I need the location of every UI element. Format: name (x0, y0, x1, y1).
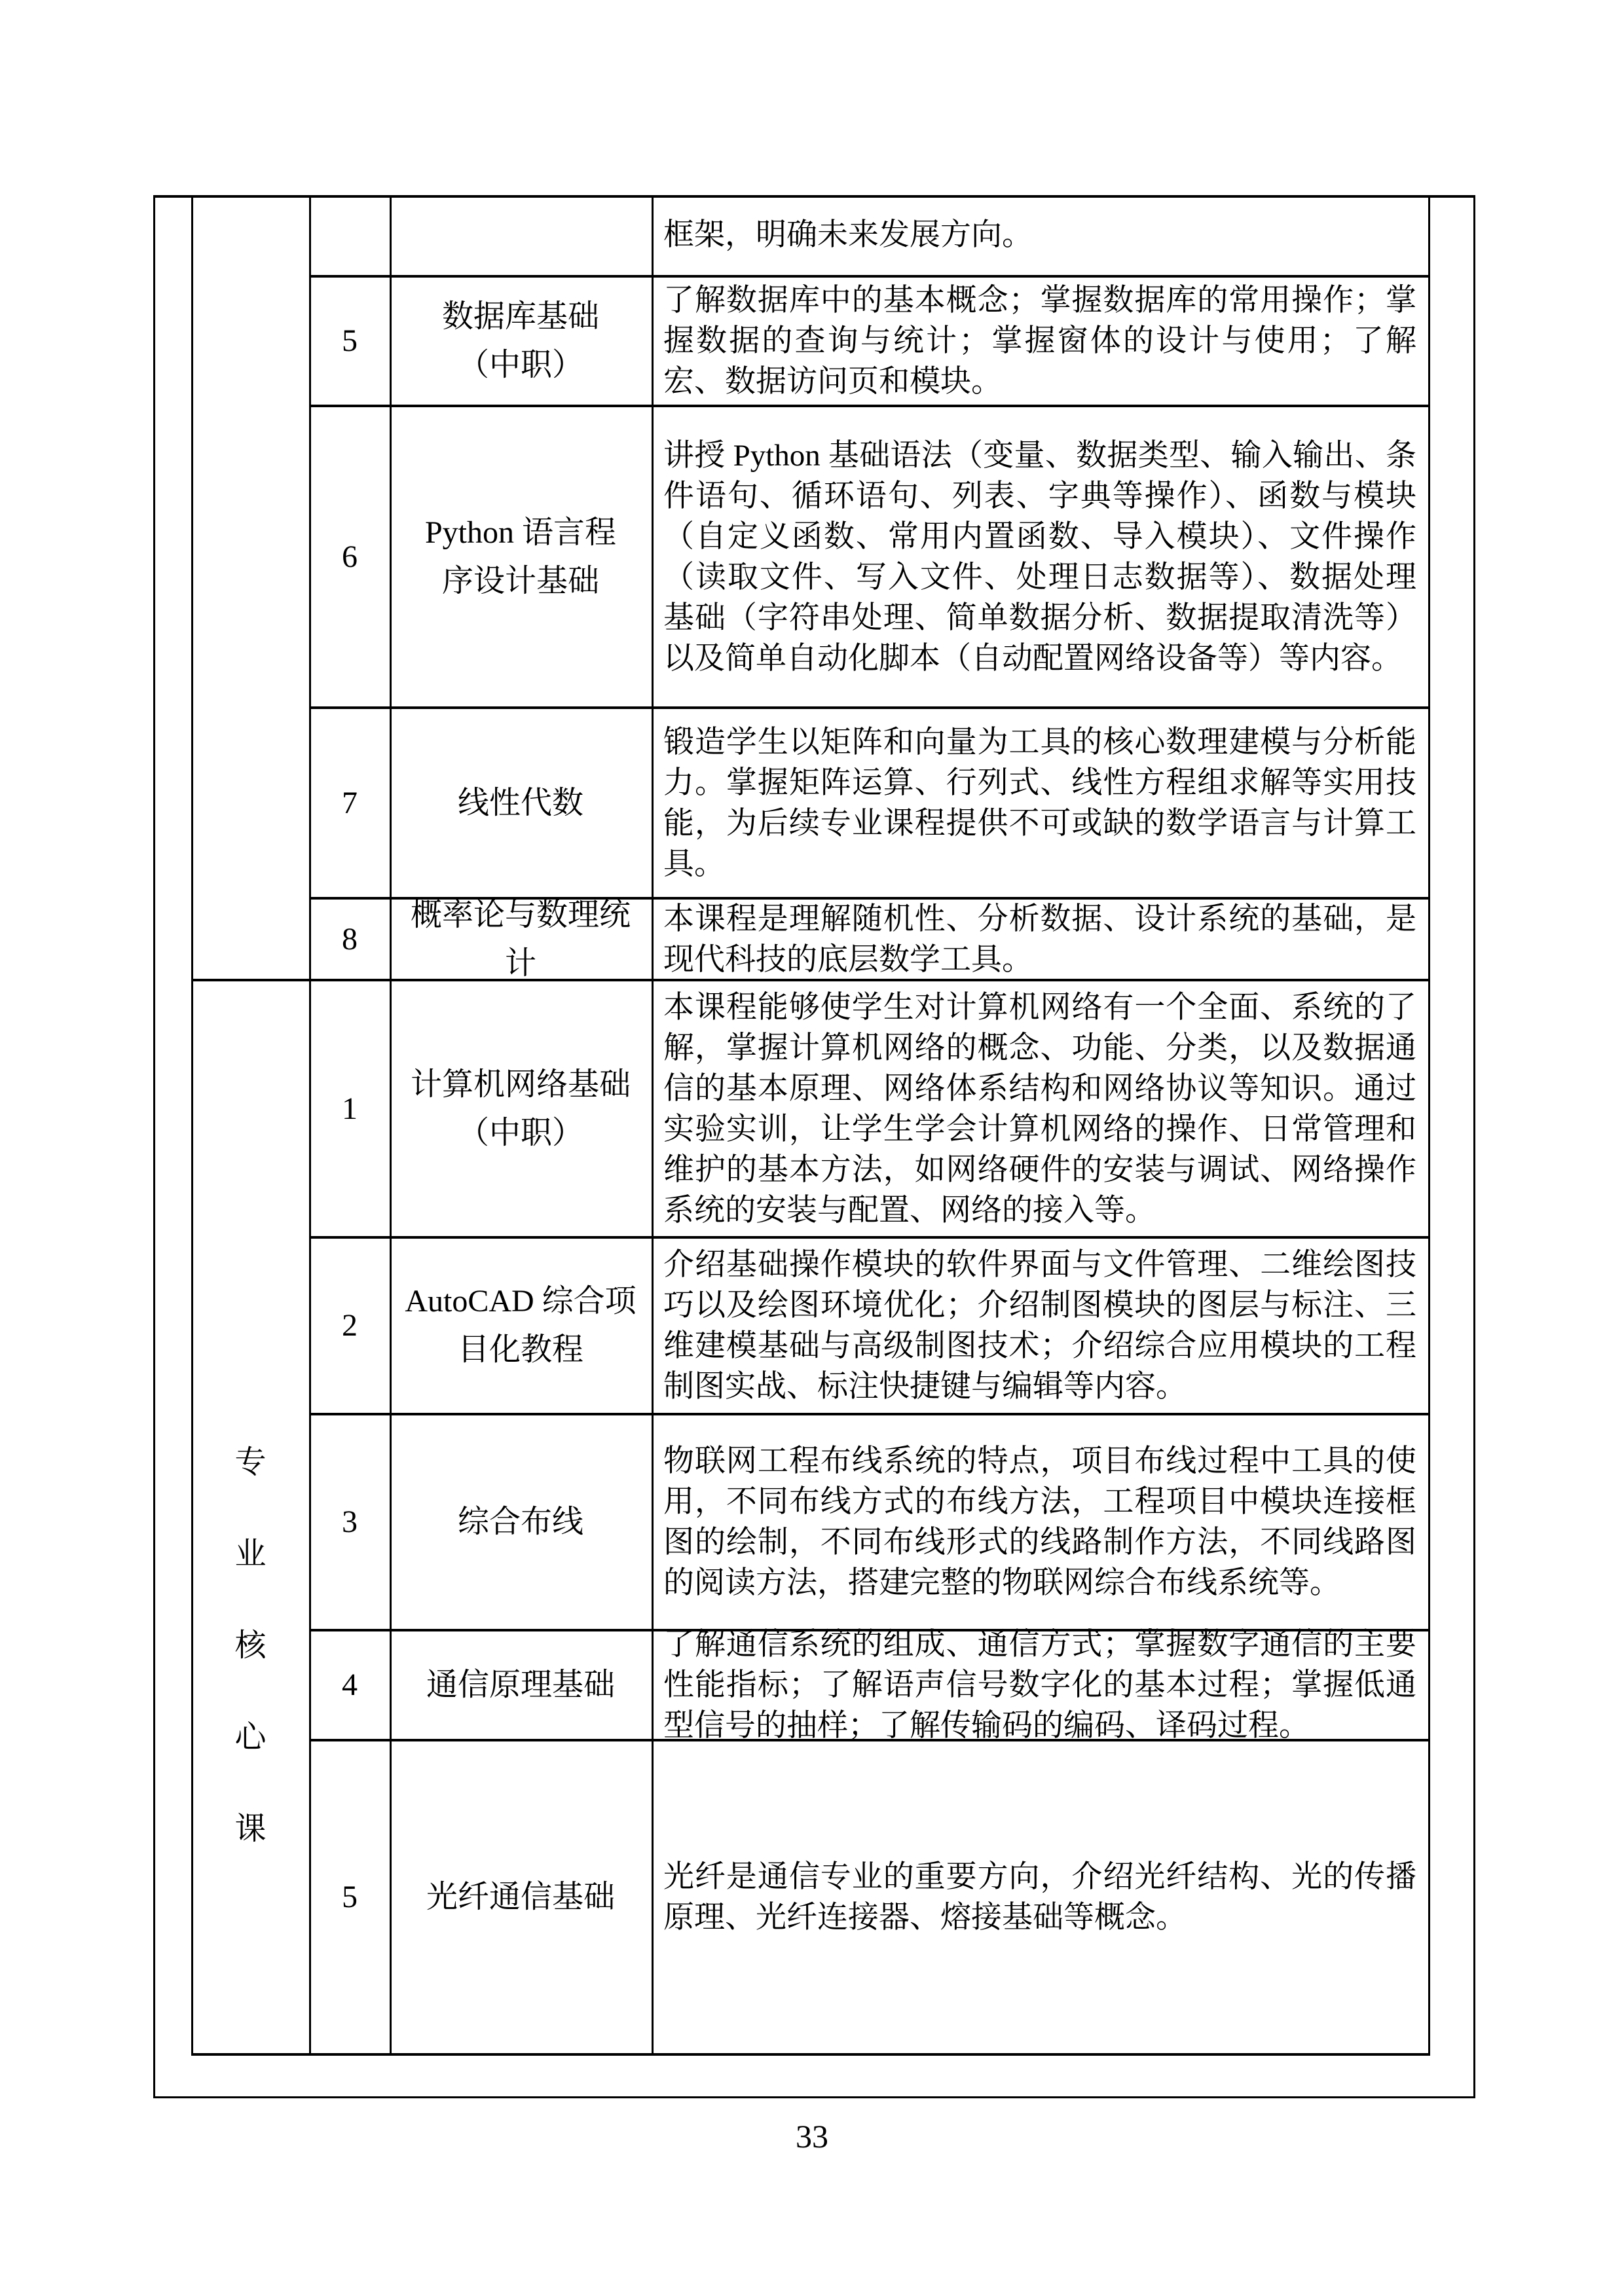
table-row: 锻造学生以矩阵和向量为工具的核心数理建模与分析能力。掌握矩阵运算、行列式、线性方… (652, 709, 1428, 897)
table-row: 了解通信系统的组成、通信方式；掌握数字通信的主要性能指标；了解语声信号数字化的基… (652, 1631, 1428, 1739)
course-number: 1 (310, 981, 390, 1236)
course-description: 介绍基础操作模块的软件界面与文件管理、二维绘图技巧以及绘图环境优化；介绍制图模块… (663, 1245, 1416, 1407)
table-border-line (153, 2096, 1475, 2098)
table-border-line (1428, 195, 1430, 2056)
course-description: 锻造学生以矩阵和向量为工具的核心数理建模与分析能力。掌握矩阵运算、行列式、线性方… (663, 722, 1416, 884)
course-description: 本课程能够使学生对计算机网络有一个全面、系统的了解，掌握计算机网络的概念、功能、… (663, 987, 1416, 1231)
course-name: 概率论与数理统 计 (390, 900, 652, 979)
course-name: 数据库基础 （中职） (390, 278, 652, 405)
table-row: 介绍基础操作模块的软件界面与文件管理、二维绘图技巧以及绘图环境优化；介绍制图模块… (652, 1239, 1428, 1413)
course-number: 7 (310, 709, 390, 897)
course-name: 计算机网络基础 （中职） (390, 981, 652, 1236)
course-description: 了解通信系统的组成、通信方式；掌握数字通信的主要性能指标；了解语声信号数字化的基… (663, 1624, 1416, 1746)
course-name: Python 语言程 序设计基础 (390, 407, 652, 706)
table-row: 讲授 Python 基础语法（变量、数据类型、输入输出、条件语句、循环语句、列表… (652, 407, 1428, 706)
table-row: 光纤是通信专业的重要方向，介绍光纤结构、光的传播原理、光纤连接器、熔接基础等概念… (652, 1741, 1428, 2053)
course-number: 8 (310, 900, 390, 979)
table-row: 本课程能够使学生对计算机网络有一个全面、系统的了解，掌握计算机网络的概念、功能、… (652, 981, 1428, 1236)
table-row: 本课程是理解随机性、分析数据、设计系统的基础，是现代科技的底层数学工具。 (652, 900, 1428, 979)
course-number: 4 (310, 1631, 390, 1739)
table-border-line (191, 2053, 1430, 2056)
course-number: 5 (310, 1741, 390, 2053)
course-description: 光纤是通信专业的重要方向，介绍光纤结构、光的传播原理、光纤连接器、熔接基础等概念… (663, 1857, 1416, 1938)
course-number: 2 (310, 1239, 390, 1413)
course-description: 本课程是理解随机性、分析数据、设计系统的基础，是现代科技的底层数学工具。 (663, 899, 1416, 980)
course-name: 线性代数 (390, 709, 652, 897)
course-name: 光纤通信基础 (390, 1741, 652, 2053)
table-row: 框架，明确未来发展方向。 (652, 196, 1428, 274)
course-name: 通信原理基础 (390, 1631, 652, 1739)
category-label-vertical: 专 业 核 心 课 (191, 981, 310, 2053)
table-border-line (153, 195, 155, 2098)
course-description: 讲授 Python 基础语法（变量、数据类型、输入输出、条件语句、循环语句、列表… (663, 435, 1416, 679)
course-description: 框架，明确未来发展方向。 (663, 215, 1416, 255)
course-name: AutoCAD 综合项 目化教程 (390, 1239, 652, 1413)
table-row: 物联网工程布线系统的特点，项目布线过程中工具的使用，不同布线方式的布线方法，工程… (652, 1415, 1428, 1629)
course-description: 物联网工程布线系统的特点，项目布线过程中工具的使用，不同布线方式的布线方法，工程… (663, 1441, 1416, 1603)
page-number: 33 (0, 2117, 1624, 2155)
document-page: 框架，明确未来发展方向。 5 数据库基础 （中职） 了解数据库中的基本概念；掌握… (0, 0, 1624, 2296)
course-number: 5 (310, 278, 390, 405)
course-number: 3 (310, 1415, 390, 1629)
table-border-line (1473, 195, 1475, 2098)
course-name: 综合布线 (390, 1415, 652, 1629)
table-row: 了解数据库中的基本概念；掌握数据库的常用操作；掌握数据的查询与统计；掌握窗体的设… (652, 278, 1428, 405)
course-description: 了解数据库中的基本概念；掌握数据库的常用操作；掌握数据的查询与统计；掌握窗体的设… (663, 280, 1416, 402)
course-number: 6 (310, 407, 390, 706)
